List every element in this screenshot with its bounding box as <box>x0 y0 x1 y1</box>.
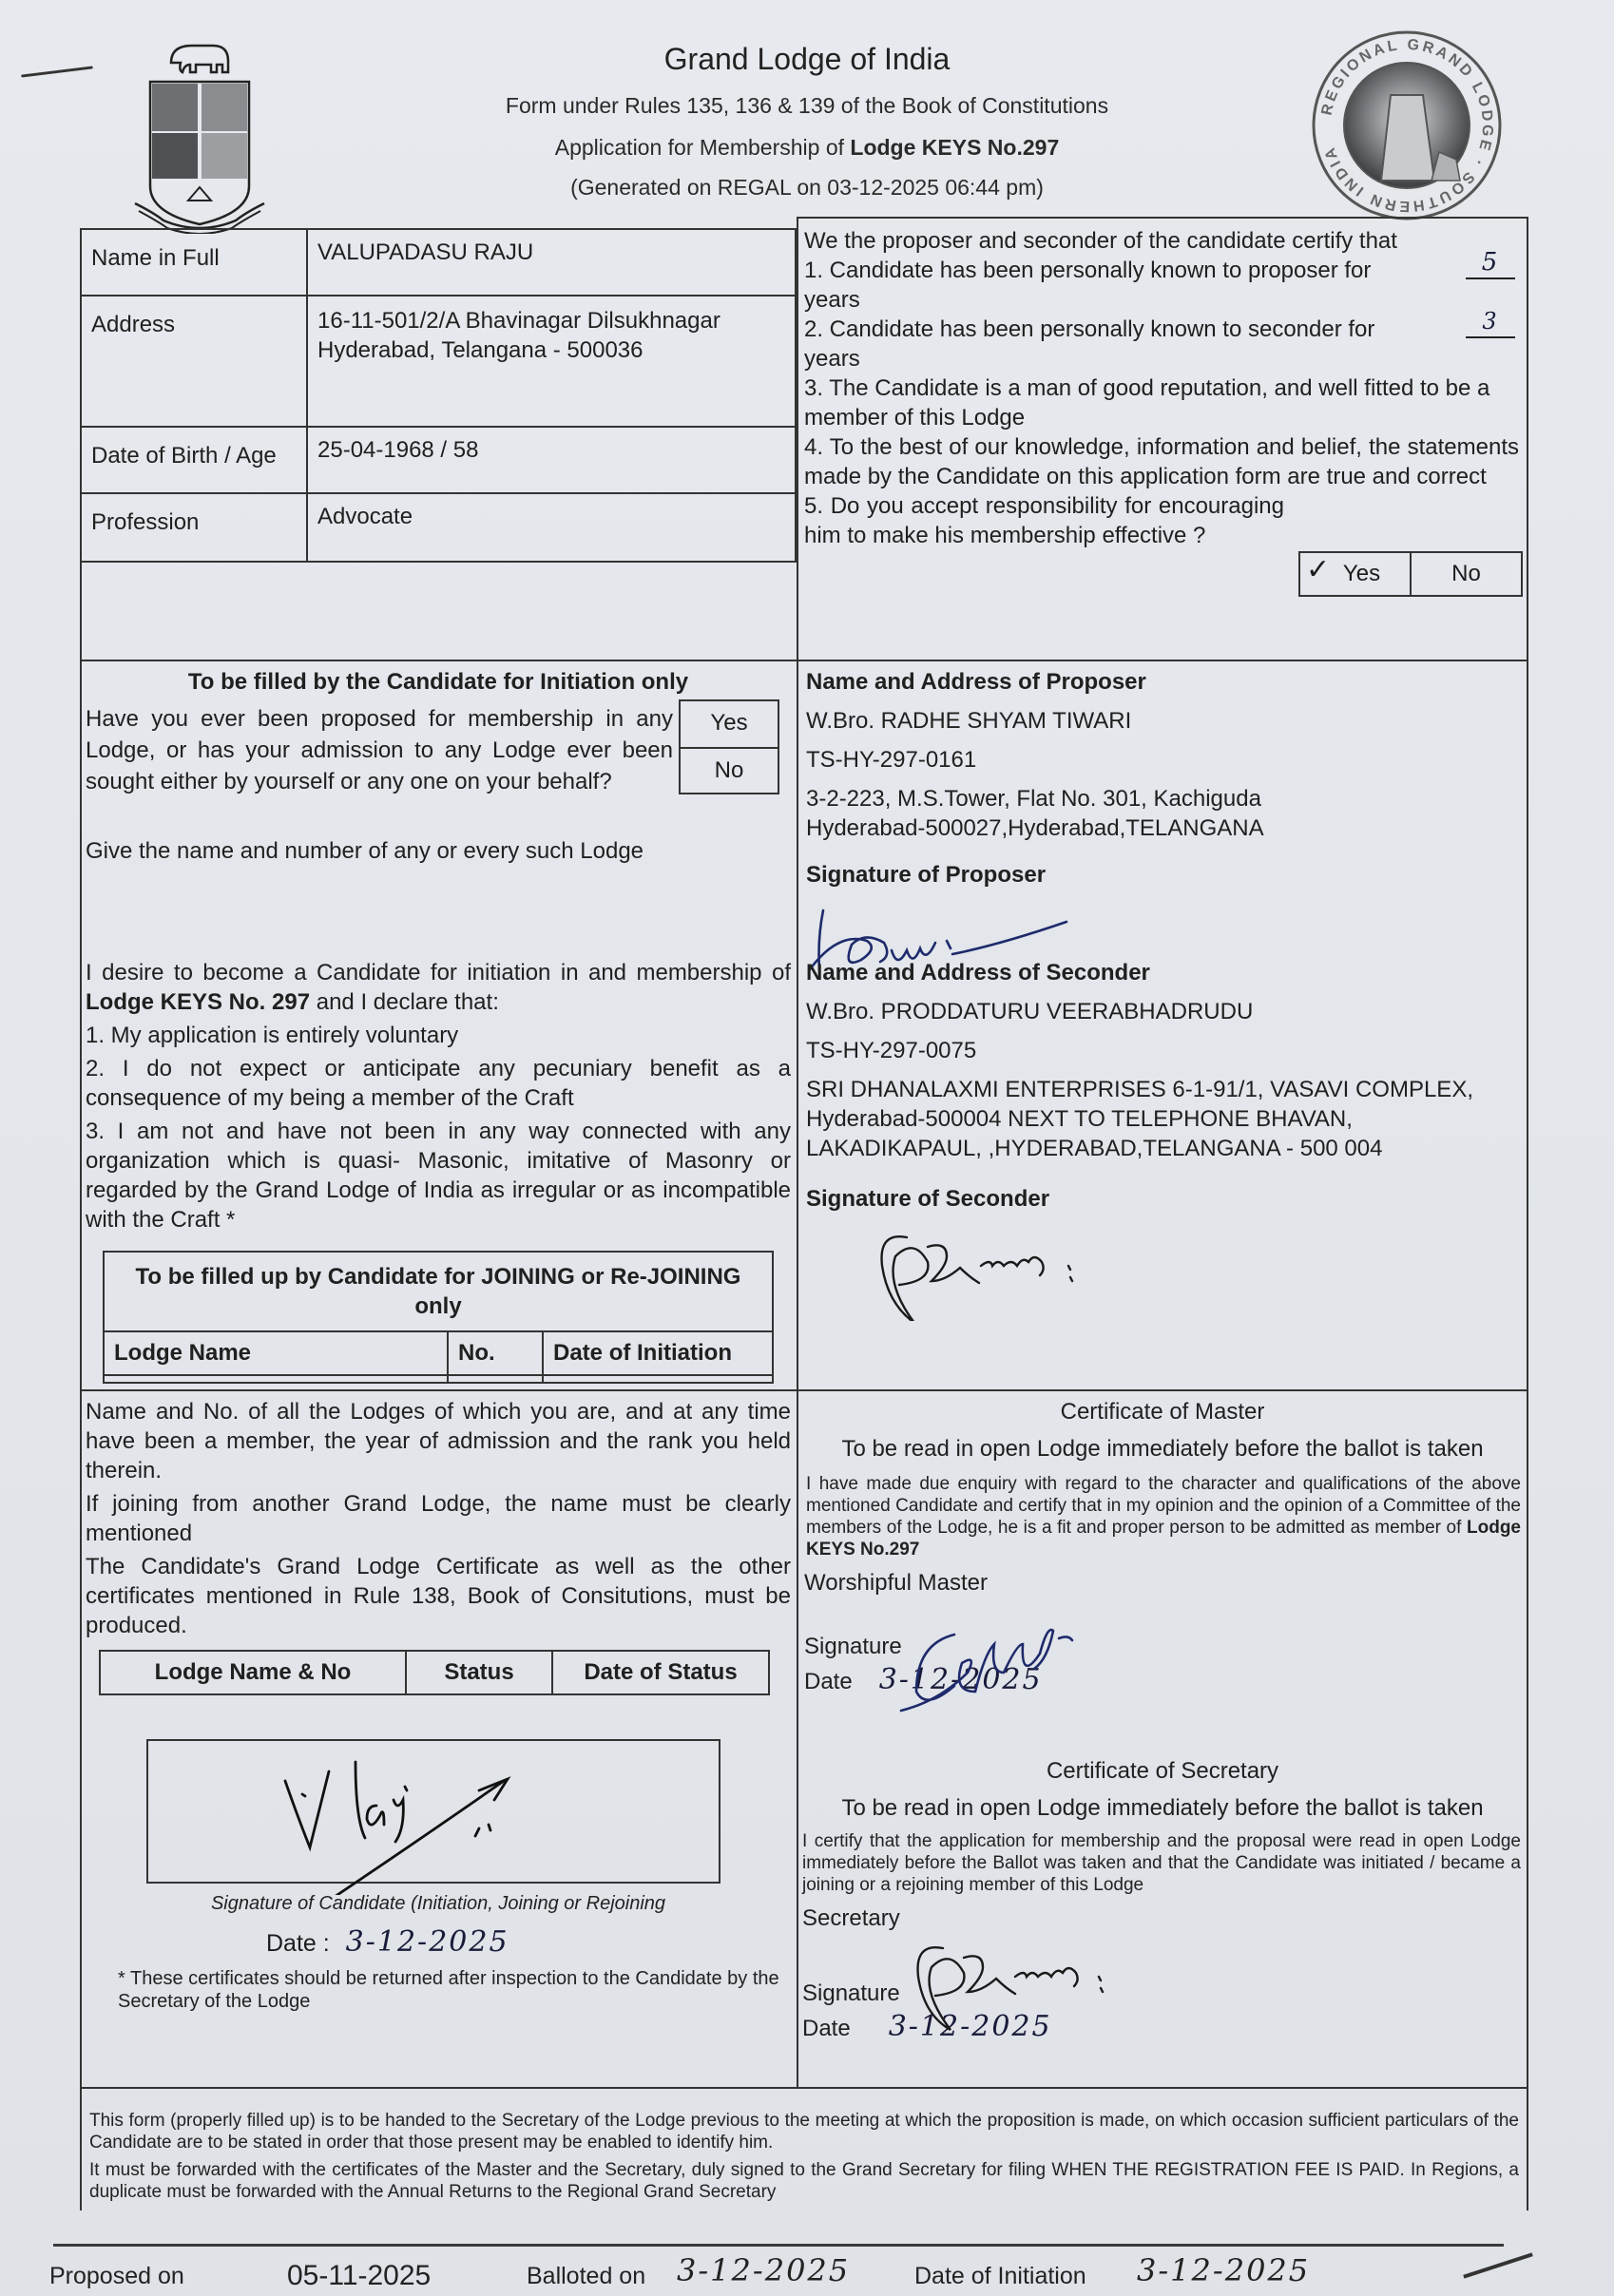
responsibility-yes-option[interactable]: ✓Yes <box>1300 553 1410 595</box>
initiation-date-label: Date of Initiation <box>914 2263 1086 2290</box>
responsibility-no-option[interactable]: No <box>1410 553 1521 595</box>
candidate-dob-value: 25-04-1968 / 58 <box>307 427 796 493</box>
balloted-on-label: Balloted on <box>527 2263 645 2290</box>
secretary-signature-icon <box>909 1939 1194 2034</box>
candidate-name-value: VALUPADASU RAJU <box>307 229 796 296</box>
document-page: Grand Lodge of India Form under Rules 13… <box>0 0 1614 2296</box>
application-form: Name in Full VALUPADASU RAJU Address 16-… <box>80 217 1528 2087</box>
candidate-signature-caption: Signature of Candidate (Initiation, Join… <box>80 1893 797 1915</box>
proposer-address-line2: Hyderabad-500027,Hyderabad,TELANGANA <box>806 813 1519 843</box>
proposer-block: Name and Address of Proposer W.Bro. RADH… <box>806 667 1519 890</box>
field-name: Name in Full VALUPADASU RAJU <box>81 229 796 296</box>
previous-lodges-table: Lodge Name & No Status Date of Status <box>99 1650 770 1695</box>
previous-lodges-instructions: Name and No. of all the Lodges of which … <box>86 1397 791 1640</box>
pen-mark <box>1463 2252 1533 2278</box>
prior-proposal-question: Have you ever been proposed for membersh… <box>86 703 673 797</box>
proposed-on-label: Proposed on <box>49 2263 184 2290</box>
proposer-name: W.Bro. RADHE SHYAM TIWARI <box>806 706 1519 736</box>
certificates-footnote: * These certificates should be returned … <box>118 1967 783 2013</box>
prior-proposal-options: Yes No <box>679 699 779 794</box>
lodge-name-prompt: Give the name and number of any or every… <box>86 836 644 866</box>
candidate-date-value: 3-12-2025 <box>346 1925 509 1959</box>
seconder-address-line2: Hyderabad-500004 NEXT TO TELEPHONE BHAVA… <box>806 1104 1519 1134</box>
balloted-on-value: 3-12-2025 <box>677 2252 850 2288</box>
field-profession: Profession Advocate <box>81 493 796 562</box>
check-mark-icon: ✓ <box>1306 553 1330 586</box>
seconder-name: W.Bro. PRODDATURU VEERABHADRUDU <box>806 997 1519 1026</box>
seconder-signature-icon <box>869 1226 1211 1321</box>
candidate-profession-value: Advocate <box>307 493 796 562</box>
seconder-block: Name and Address of Seconder W.Bro. PROD… <box>806 958 1519 1214</box>
joining-table: To be filled up by Candidate for JOINING… <box>103 1251 774 1384</box>
declaration: I desire to become a Candidate for initi… <box>86 958 791 1234</box>
master-signature-icon <box>897 1616 1106 1720</box>
lodge-name: Lodge KEYS No.297 <box>850 135 1059 160</box>
proposer-years-input[interactable]: 5 <box>1466 248 1515 279</box>
prior-proposal-yes[interactable]: Yes <box>681 701 778 747</box>
field-address: Address 16-11-501/2/A Bhavinagar Dilsukh… <box>81 296 796 427</box>
seconder-years-input[interactable]: 3 <box>1466 307 1515 338</box>
proposer-address-line1: 3-2-223, M.S.Tower, Flat No. 301, Kachig… <box>806 784 1519 813</box>
seconder-address-line3: LAKADIKAPAUL, ,HYDERABAD,TELANGANA - 500… <box>806 1134 1519 1163</box>
bottom-divider <box>53 2244 1504 2247</box>
candidate-address-value: 16-11-501/2/A Bhavinagar Dilsukhnagar Hy… <box>307 296 796 427</box>
proposer-reg-no: TS-HY-297-0161 <box>806 745 1519 775</box>
candidate-details-table: Name in Full VALUPADASU RAJU Address 16-… <box>80 228 797 563</box>
candidate-signature-icon <box>203 1752 679 1895</box>
seconder-address-line1: SRI DHANALAXMI ENTERPRISES 6-1-91/1, VAS… <box>806 1075 1519 1104</box>
proposed-on-value: 05-11-2025 <box>287 2260 431 2292</box>
candidate-date-row: Date : 3-12-2025 <box>266 1925 509 1959</box>
regional-seal-icon: REGIONAL GRAND LODGE · SOUTHERN INDIA <box>1310 29 1505 223</box>
responsibility-yes-no: ✓Yes No <box>1298 551 1523 597</box>
document-header: Grand Lodge of India Form under Rules 13… <box>0 0 1614 228</box>
prior-proposal-no[interactable]: No <box>681 747 778 793</box>
seconder-reg-no: TS-HY-297-0075 <box>806 1036 1519 1065</box>
initiation-heading: To be filled by the Candidate for Initia… <box>80 667 797 697</box>
field-dob: Date of Birth / Age 25-04-1968 / 58 <box>81 427 796 493</box>
certification-block: We the proposer and seconder of the cand… <box>804 226 1519 550</box>
initiation-date-value: 3-12-2025 <box>1137 2252 1310 2288</box>
footer-instructions: This form (properly filled up) is to be … <box>80 2087 1528 2210</box>
